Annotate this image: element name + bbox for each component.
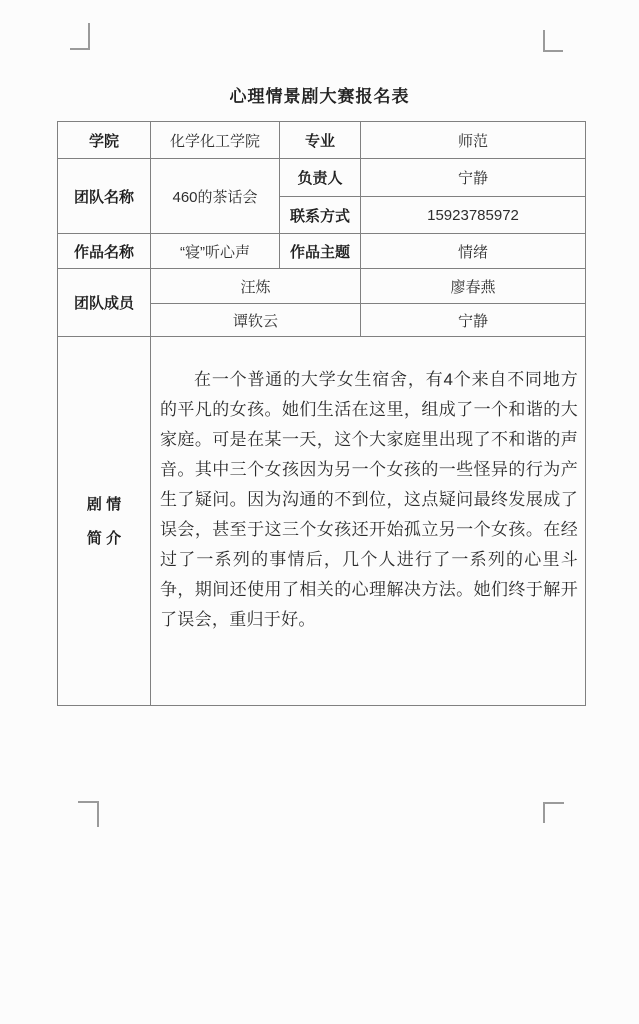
synopsis-text: 在一个普通的大学女生宿舍，有4个来自不同地方的平凡的女孩。她们生活在这里，组成了…	[160, 365, 578, 635]
team-name-label: 团队名称	[58, 159, 151, 234]
member-name-2: 廖春燕	[361, 269, 586, 304]
row-college-major: 学院 化学化工学院 专业 师范	[58, 122, 586, 159]
row-synopsis: 剧 情 简 介 在一个普通的大学女生宿舍，有4个来自不同地方的平凡的女孩。她们生…	[58, 337, 586, 706]
leader-value: 宁静	[361, 159, 586, 197]
scan-corner-mark-bottom-left	[78, 801, 99, 827]
work-title-label: 作品名称	[58, 234, 151, 269]
members-label: 团队成员	[58, 269, 151, 337]
row-members-1: 团队成员 汪炼 廖春燕	[58, 269, 586, 304]
leader-label: 负责人	[280, 159, 361, 197]
scan-corner-mark-bottom-right	[543, 802, 564, 823]
row-team-leader: 团队名称 460的茶话会 负责人 宁静	[58, 159, 586, 197]
synopsis-label-line-2: 简 介	[58, 531, 150, 546]
registration-form-table: 学院 化学化工学院 专业 师范 团队名称 460的茶话会 负责人 宁静 联系方式…	[57, 121, 586, 706]
college-label: 学院	[58, 122, 151, 159]
member-name-1: 汪炼	[151, 269, 361, 304]
theme-label: 作品主题	[280, 234, 361, 269]
college-value: 化学化工学院	[151, 122, 280, 159]
scan-corner-mark-top-right	[543, 30, 563, 52]
form-title: 心理情景剧大赛报名表	[0, 82, 639, 107]
row-work-theme: 作品名称 “寝”听心声 作品主题 情绪	[58, 234, 586, 269]
synopsis-label: 剧 情 简 介	[58, 337, 151, 706]
synopsis-text-cell: 在一个普通的大学女生宿舍，有4个来自不同地方的平凡的女孩。她们生活在这里，组成了…	[151, 337, 586, 706]
major-value: 师范	[361, 122, 586, 159]
member-name-4: 宁静	[361, 304, 586, 337]
member-name-3: 谭钦云	[151, 304, 361, 337]
major-label: 专业	[280, 122, 361, 159]
scan-corner-mark-top-left	[70, 23, 90, 50]
team-name-value: 460的茶话会	[151, 159, 280, 234]
work-title-value: “寝”听心声	[151, 234, 280, 269]
synopsis-label-line-1: 剧 情	[58, 497, 150, 512]
scanned-form-page: 心理情景剧大赛报名表 学院 化学化工学院 专业 师范 团队名称 460的茶话会 …	[0, 0, 639, 1024]
contact-label: 联系方式	[280, 197, 361, 234]
contact-value: 15923785972	[361, 197, 586, 234]
theme-value: 情绪	[361, 234, 586, 269]
